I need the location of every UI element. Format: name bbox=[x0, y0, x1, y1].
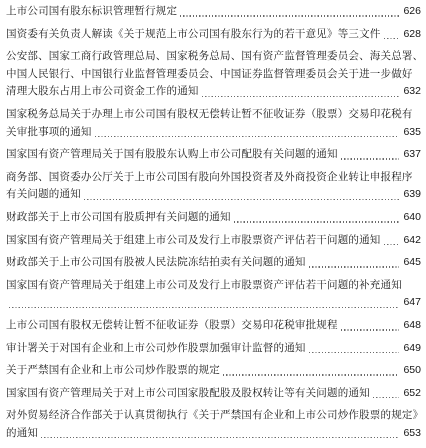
toc-entry-title: 的通知 bbox=[6, 425, 38, 443]
toc-entry-title: 有关问题的通知 bbox=[6, 186, 81, 204]
toc-entry: 国家国有资产管理局关于组建上市公司及发行上市股票资产评估若干问题的补充通知647 bbox=[6, 277, 421, 312]
toc-entry-line: 国家国有资产管理局关于组建上市公司及发行上市股票资产评估若干问题的补充通知 bbox=[6, 277, 421, 295]
toc-entry: 财政部关于上市公司国有股质押有关问题的通知640 bbox=[6, 209, 421, 227]
toc-entry: 国家国有资产管理局关于对上市公司国家股配股及股权转让等有关问题的通知652 bbox=[6, 385, 421, 403]
toc-entry: 国家国有资产管理局关于国有股股东认购上市公司配股有关问题的通知637 bbox=[6, 146, 421, 164]
toc-entry-line: 有关问题的通知639 bbox=[6, 186, 421, 204]
dot-leader bbox=[6, 294, 403, 312]
page-number: 632 bbox=[403, 83, 421, 101]
page-number: 653 bbox=[403, 425, 421, 443]
page-number: 626 bbox=[403, 3, 421, 21]
toc-entry-line: 商务部、国资委办公厅关于上市公司国有股向外国投资者及外商投资企业转让申报程序 bbox=[6, 169, 421, 187]
toc-entry-title: 国资委有关负责人解读《关于规范上市公司国有股东行为的若干意见》等三文件 bbox=[6, 26, 381, 44]
toc-entry-title: 国家国有资产管理局关于国有股股东认购上市公司配股有关问题的通知 bbox=[6, 146, 338, 164]
toc-entry: 上市公司国有股权无偿转让暂不征收证券（股票）交易印花税审批规程648 bbox=[6, 317, 421, 335]
dot-leader bbox=[381, 26, 404, 44]
page-number: 637 bbox=[403, 146, 421, 164]
toc-entry: 审计署关于对国有企业和上市公司炒作股票加强审计监督的通知649 bbox=[6, 340, 421, 358]
page-number: 645 bbox=[403, 254, 421, 272]
toc-entry: 国资委有关负责人解读《关于规范上市公司国有股东行为的若干意见》等三文件628 bbox=[6, 26, 421, 44]
dot-leader bbox=[220, 362, 403, 380]
toc-entry-line: 国家国有资产管理局关于组建上市公司及发行上市股票资产评估若干问题的通知642 bbox=[6, 232, 421, 250]
dot-leader bbox=[381, 232, 404, 250]
toc-entry-line: 国资委有关负责人解读《关于规范上市公司国有股东行为的若干意见》等三文件628 bbox=[6, 26, 421, 44]
toc-entry-line: 财政部关于上市公司国有股质押有关问题的通知640 bbox=[6, 209, 421, 227]
toc-entry-line: 中国人民银行、中国银行业监督管理委员会、中国证券监督管理委员会关于进一步做好 bbox=[6, 66, 421, 84]
toc-entry-line: 审计署关于对国有企业和上市公司炒作股票加强审计监督的通知649 bbox=[6, 340, 421, 358]
toc-entry-line: 上市公司国有股东标识管理暂行规定626 bbox=[6, 3, 421, 21]
dot-leader bbox=[370, 385, 404, 403]
toc-page: 上市公司国有股东标识管理暂行规定626国资委有关负责人解读《关于规范上市公司国有… bbox=[0, 0, 426, 448]
toc-entry-line: 的通知653 bbox=[6, 425, 421, 443]
page-number: 650 bbox=[403, 362, 421, 380]
toc-entry: 对外贸易经济合作部关于认真贯彻执行《关于严禁国有企业和上市公司炒作股票的规定》的… bbox=[6, 407, 421, 442]
dot-leader bbox=[338, 146, 404, 164]
dot-leader bbox=[338, 317, 404, 335]
dot-leader bbox=[177, 3, 403, 21]
dot-leader bbox=[306, 254, 404, 272]
toc-entry-line: 财政部关于上市公司国有股被人民法院冻结拍卖有关问题的通知645 bbox=[6, 254, 421, 272]
toc-entry-line: 公安部、国家工商行政管理总局、国家税务总局、国有资产监督管理委员会、海关总署、 bbox=[6, 48, 421, 66]
page-number: 635 bbox=[403, 124, 421, 142]
dot-leader bbox=[306, 340, 404, 358]
toc-entry-line: 对外贸易经济合作部关于认真贯彻执行《关于严禁国有企业和上市公司炒作股票的规定》 bbox=[6, 407, 421, 425]
toc-entry-line: 国家国有资产管理局关于国有股股东认购上市公司配股有关问题的通知637 bbox=[6, 146, 421, 164]
toc-entry: 财政部关于上市公司国有股被人民法院冻结拍卖有关问题的通知645 bbox=[6, 254, 421, 272]
toc-entry-title: 审计署关于对国有企业和上市公司炒作股票加强审计监督的通知 bbox=[6, 340, 306, 358]
toc-entry-title: 国家国有资产管理局关于对上市公司国家股配股及股权转让等有关问题的通知 bbox=[6, 385, 370, 403]
toc-entry: 商务部、国资委办公厅关于上市公司国有股向外国投资者及外商投资企业转让申报程序有关… bbox=[6, 169, 421, 204]
dot-leader bbox=[231, 209, 404, 227]
toc-entry-title: 关于严禁国有企业和上市公司炒作股票的规定 bbox=[6, 362, 220, 380]
page-number: 649 bbox=[403, 340, 421, 358]
toc-entry-title: 财政部关于上市公司国有股质押有关问题的通知 bbox=[6, 209, 231, 227]
toc-entry-title: 清理大股东占用上市公司资金工作的通知 bbox=[6, 83, 199, 101]
toc-entry-title: 关审批事项的通知 bbox=[6, 124, 92, 142]
page-number: 648 bbox=[403, 317, 421, 335]
dot-leader bbox=[81, 186, 404, 204]
dot-leader bbox=[92, 124, 404, 142]
toc-entry-line: 清理大股东占用上市公司资金工作的通知632 bbox=[6, 83, 421, 101]
toc-entry: 国家国有资产管理局关于组建上市公司及发行上市股票资产评估若干问题的通知642 bbox=[6, 232, 421, 250]
page-number: 628 bbox=[403, 26, 421, 44]
toc-entry-line: 国家国有资产管理局关于对上市公司国家股配股及股权转让等有关问题的通知652 bbox=[6, 385, 421, 403]
page-number: 647 bbox=[403, 294, 421, 312]
toc-entry: 上市公司国有股东标识管理暂行规定626 bbox=[6, 3, 421, 21]
toc-entry-title: 国家国有资产管理局关于组建上市公司及发行上市股票资产评估若干问题的通知 bbox=[6, 232, 381, 250]
toc-list: 上市公司国有股东标识管理暂行规定626国资委有关负责人解读《关于规范上市公司国有… bbox=[6, 3, 421, 442]
page-number: 642 bbox=[403, 232, 421, 250]
dot-leader bbox=[199, 83, 404, 101]
page-number: 652 bbox=[403, 385, 421, 403]
toc-entry: 关于严禁国有企业和上市公司炒作股票的规定650 bbox=[6, 362, 421, 380]
toc-entry-line: 关审批事项的通知635 bbox=[6, 124, 421, 142]
toc-entry-title: 上市公司国有股东标识管理暂行规定 bbox=[6, 3, 177, 21]
toc-entry-title: 财政部关于上市公司国有股被人民法院冻结拍卖有关问题的通知 bbox=[6, 254, 306, 272]
toc-entry-title: 上市公司国有股权无偿转让暂不征收证券（股票）交易印花税审批规程 bbox=[6, 317, 338, 335]
toc-entry-line: 国家税务总局关于办理上市公司国有股权无偿转让暂不征收证券（股票）交易印花税有 bbox=[6, 106, 421, 124]
toc-entry: 公安部、国家工商行政管理总局、国家税务总局、国有资产监督管理委员会、海关总署、中… bbox=[6, 48, 421, 101]
dot-leader bbox=[38, 425, 403, 443]
toc-entry-line: 上市公司国有股权无偿转让暂不征收证券（股票）交易印花税审批规程648 bbox=[6, 317, 421, 335]
page-number: 639 bbox=[403, 186, 421, 204]
page-number: 640 bbox=[403, 209, 421, 227]
toc-entry: 国家税务总局关于办理上市公司国有股权无偿转让暂不征收证券（股票）交易印花税有关审… bbox=[6, 106, 421, 141]
toc-entry-line: 647 bbox=[6, 294, 421, 312]
toc-entry-line: 关于严禁国有企业和上市公司炒作股票的规定650 bbox=[6, 362, 421, 380]
